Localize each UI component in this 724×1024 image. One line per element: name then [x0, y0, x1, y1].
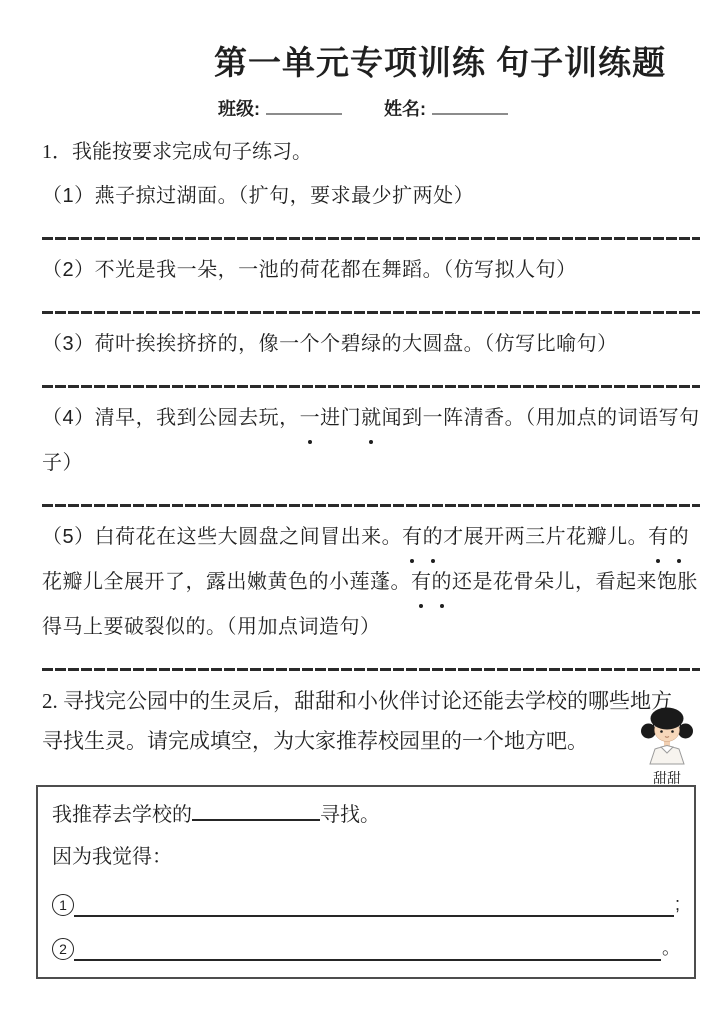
circled-number-1: 1: [52, 894, 74, 916]
girl-avatar-icon: [640, 752, 694, 769]
question-1-item-5: （5）白荷花在这些大圆盘之间冒出来。有的才展开两三片花瓣儿。有的花瓣儿全展开了，…: [42, 515, 700, 650]
reason-row-1: 1 ;: [52, 891, 680, 917]
answer-line-1: [42, 237, 700, 240]
class-blank: [266, 99, 342, 115]
circled-number-2: 2: [52, 938, 74, 960]
doc-title: 第一单元专项训练 句子训练题: [214, 42, 700, 83]
answer-line-2: [42, 311, 700, 314]
question-2-section: 2. 寻找完公园中的生灵后，甜甜和小伙伴讨论还能去学校的哪些地方寻找生灵。请完成…: [42, 681, 700, 761]
name-label: 姓名:: [384, 99, 426, 119]
reason-end-punct-1: ;: [674, 891, 680, 917]
box-line1-suffix: 寻找。: [320, 804, 380, 826]
name-blank: [432, 99, 508, 115]
reason-blank-2: [74, 941, 661, 961]
reason-blank-1: [74, 897, 674, 917]
class-label: 班级:: [218, 99, 260, 119]
answer-line-3: [42, 385, 700, 388]
answer-line-5: [42, 668, 700, 671]
question-1-heading: 1．我能按要求完成句子练习。: [42, 139, 700, 166]
avatar-label: 甜甜: [638, 770, 696, 786]
question-1-item-3: （3）荷叶挨挨挤挤的，像一个个碧绿的大圆盘。（仿写比喻句）: [42, 322, 700, 367]
question-1-item-4: （4）清早，我到公园去玩，一进门就闻到一阵清香。（用加点的词语写句子）: [42, 396, 700, 486]
reason-row-2: 2 。: [52, 935, 680, 961]
question-1-item-2: （2）不光是我一朵，一池的荷花都在舞蹈。（仿写拟人句）: [42, 248, 700, 293]
answer-line-4: [42, 504, 700, 507]
question-2-text: 2. 寻找完公园中的生灵后，甜甜和小伙伴讨论还能去学校的哪些地方寻找生灵。请完成…: [42, 681, 682, 761]
box-line-1: 我推荐去学校的寻找。: [52, 799, 680, 831]
recommendation-box: 我推荐去学校的寻找。 因为我觉得： 1 ; 2 。: [36, 785, 696, 979]
question-1-item-1: （1）燕子掠过湖面。（扩句，要求最少扩两处）: [42, 174, 700, 219]
box-line-2: 因为我觉得：: [52, 841, 680, 873]
reason-end-punct-2: 。: [661, 935, 680, 961]
tiantian-avatar: 甜甜: [638, 703, 696, 786]
student-info-row: 班级:姓名:: [218, 97, 700, 121]
box-line1-prefix: 我推荐去学校的: [52, 804, 192, 826]
place-blank: [192, 805, 320, 821]
worksheet-page: 第一单元专项训练 句子训练题 班级:姓名: 1．我能按要求完成句子练习。 （1）…: [0, 0, 724, 979]
